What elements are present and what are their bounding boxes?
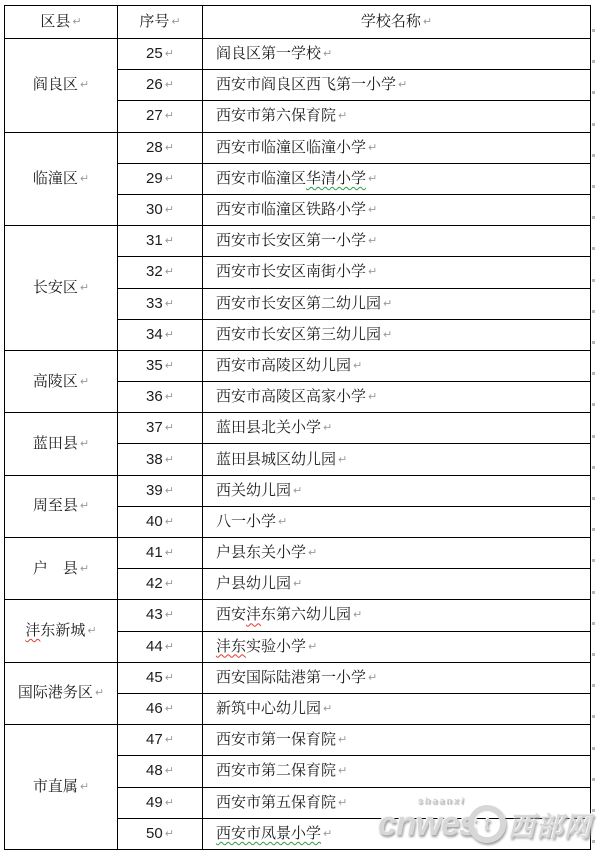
paragraph-mark-icon: ↵ <box>368 672 377 684</box>
school-name-cell: 西安市第六保育院↵ <box>203 101 591 132</box>
paragraph-mark-icon: ↵ <box>72 16 81 28</box>
text-run: 41 <box>146 544 163 561</box>
text-run: 29 <box>146 170 163 187</box>
text-run: 46 <box>146 700 163 717</box>
district-cell: 周至县↵ <box>5 475 118 537</box>
text-run: 新筑中心幼儿园 <box>216 700 321 717</box>
text-run: 38 <box>146 451 163 468</box>
paragraph-mark-icon: ↵ <box>165 235 174 247</box>
paragraph-mark-icon: ↵ <box>368 235 377 247</box>
text-run: 户县幼儿园 <box>216 575 291 592</box>
text-run: 44 <box>146 638 163 655</box>
text-run: 东新城 <box>40 622 85 639</box>
school-name-cell: 西关幼儿园↵ <box>203 475 591 506</box>
text-run: 30 <box>146 201 163 218</box>
paragraph-mark-icon: ↵ <box>165 672 174 684</box>
text-run: 48 <box>146 762 163 779</box>
paragraph-mark-icon: ↵ <box>353 360 362 372</box>
text-run: 周至县 <box>33 497 78 514</box>
row-end-mark <box>592 528 595 531</box>
text-run: 西安市阎良区西飞第一小学 <box>216 76 396 93</box>
serial-number-cell: 49↵ <box>118 787 203 818</box>
school-name-cell: 西安市阎良区西飞第一小学↵ <box>203 70 591 101</box>
text-run: 43 <box>146 606 163 623</box>
serial-number-cell: 33↵ <box>118 288 203 319</box>
paragraph-mark-icon: ↵ <box>323 703 332 715</box>
row-end-mark <box>592 559 595 562</box>
row-end-mark <box>592 403 595 406</box>
district-cell: 蓝田县↵ <box>5 413 118 475</box>
row-end-mark <box>592 279 595 282</box>
row-end-mark <box>592 778 595 781</box>
text-run: 西安市长安区第二幼儿园 <box>216 295 381 312</box>
paragraph-mark-icon: ↵ <box>80 500 89 512</box>
district-cell: 沣东新城↵ <box>5 600 118 662</box>
paragraph-mark-icon: ↵ <box>165 142 174 154</box>
paragraph-mark-icon: ↵ <box>278 516 287 528</box>
serial-number-cell: 37↵ <box>118 413 203 444</box>
table-row: 阎良区↵25↵阎良区第一学校↵ <box>5 39 591 70</box>
row-end-mark <box>592 60 595 63</box>
district-cell: 长安区↵ <box>5 226 118 351</box>
serial-number-cell: 43↵ <box>118 600 203 631</box>
row-end-mark <box>592 435 595 438</box>
text-run: 国际港务区 <box>18 684 93 701</box>
row-end-mark <box>592 747 595 750</box>
paragraph-mark-icon: ↵ <box>165 48 174 60</box>
row-end-mark <box>592 622 595 625</box>
paragraph-mark-icon: ↵ <box>165 547 174 559</box>
header-serial-label: 序号 <box>139 13 169 30</box>
row-end-mark <box>592 715 595 718</box>
paragraph-mark-icon: ↵ <box>165 797 174 809</box>
table-row: 高陵区↵35↵西安市高陵区幼儿园↵ <box>5 350 591 381</box>
serial-number-cell: 38↵ <box>118 444 203 475</box>
text-run: 32 <box>146 263 163 280</box>
watermark-shaanxi-label: shaanxi <box>418 796 466 806</box>
text-run: 蓝田县北关小学 <box>216 419 321 436</box>
serial-number-cell: 41↵ <box>118 538 203 569</box>
district-cell: 市直属↵ <box>5 725 118 850</box>
text-run: 50 <box>146 825 163 842</box>
paragraph-mark-icon: ↵ <box>95 687 104 699</box>
text-run: 34 <box>146 326 163 343</box>
cnwest-logo: shaanxi cnwes t 西部网 <box>378 805 592 844</box>
text-run: 西安市临潼区铁路小学 <box>216 201 366 218</box>
paragraph-mark-icon: ↵ <box>165 329 174 341</box>
text-run: 西安国际陆港第一小学 <box>216 669 366 686</box>
row-end-mark <box>592 29 595 32</box>
paragraph-mark-icon: ↵ <box>165 734 174 746</box>
text-run: 蓝田县 <box>33 435 78 452</box>
row-end-mark <box>592 684 595 687</box>
paragraph-mark-icon: ↵ <box>80 79 89 91</box>
text-run: 西安市高陵区幼儿园 <box>216 357 351 374</box>
district-cell: 高陵区↵ <box>5 350 118 412</box>
school-name-cell: 西安市长安区第一小学↵ <box>203 226 591 257</box>
paragraph-mark-icon: ↵ <box>338 797 347 809</box>
row-end-mark <box>592 809 595 812</box>
text-run: 西安市临潼区临潼小学 <box>216 139 366 156</box>
serial-number-cell: 32↵ <box>118 257 203 288</box>
text-run: 户县东关小学 <box>216 544 306 561</box>
row-end-mark <box>592 497 595 500</box>
serial-number-cell: 29↵ <box>118 163 203 194</box>
text-run: 蓝田县城区幼儿园 <box>216 451 336 468</box>
school-name-cell: 西安市第二保育院↵ <box>203 756 591 787</box>
serial-number-cell: 40↵ <box>118 506 203 537</box>
paragraph-mark-icon: ↵ <box>368 204 377 216</box>
text-run: 25 <box>146 45 163 62</box>
text-run: 市直属 <box>33 778 78 795</box>
serial-number-cell: 48↵ <box>118 756 203 787</box>
table-row: 沣东新城↵43↵西安沣东第六幼儿园↵ <box>5 600 591 631</box>
text-run: 西安市长安区南街小学 <box>216 263 366 280</box>
row-end-mark <box>592 653 595 656</box>
school-name-cell: 阎良区第一学校↵ <box>203 39 591 70</box>
text-run: 西安市第一保育院 <box>216 731 336 748</box>
text-run-misspelled: 西安市凤景小学 <box>216 825 321 842</box>
table-row: 周至县↵39↵西关幼儿园↵ <box>5 475 591 506</box>
text-run: 西安市临潼区 <box>216 170 306 187</box>
serial-number-cell: 30↵ <box>118 194 203 225</box>
text-run: 37 <box>146 419 163 436</box>
paragraph-mark-icon: ↵ <box>338 734 347 746</box>
school-name-cell: 西安市第一保育院↵ <box>203 725 591 756</box>
school-name-cell: 沣东实验小学↵ <box>203 631 591 662</box>
school-table-body: 阎良区↵25↵阎良区第一学校↵26↵西安市阎良区西飞第一小学↵27↵西安市第六保… <box>5 39 591 850</box>
paragraph-mark-icon: ↵ <box>383 298 392 310</box>
text-run: 35 <box>146 357 163 374</box>
header-serial: 序号↵ <box>118 6 203 39</box>
serial-number-cell: 35↵ <box>118 350 203 381</box>
paragraph-mark-icon: ↵ <box>165 828 174 840</box>
paragraph-mark-icon: ↵ <box>338 110 347 122</box>
header-school: 学校名称↵ <box>203 6 591 39</box>
paragraph-mark-icon: ↵ <box>165 454 174 466</box>
text-run: 27 <box>146 107 163 124</box>
school-name-cell: 西安市临潼区华清小学↵ <box>203 163 591 194</box>
header-district-label: 区县 <box>40 13 70 30</box>
row-end-mark <box>592 341 595 344</box>
paragraph-mark-icon: ↵ <box>368 142 377 154</box>
paragraph-mark-icon: ↵ <box>338 454 347 466</box>
serial-number-cell: 36↵ <box>118 382 203 413</box>
text-run: 40 <box>146 513 163 530</box>
paragraph-mark-icon: ↵ <box>80 438 89 450</box>
serial-number-cell: 26↵ <box>118 70 203 101</box>
row-end-mark <box>592 185 595 188</box>
paragraph-mark-icon: ↵ <box>353 609 362 621</box>
text-run: 西安市第六保育院 <box>216 107 336 124</box>
paragraph-mark-icon: ↵ <box>165 110 174 122</box>
serial-number-cell: 50↵ <box>118 818 203 849</box>
text-run: 33 <box>146 295 163 312</box>
school-name-cell: 西安沣东第六幼儿园↵ <box>203 600 591 631</box>
paragraph-mark-icon: ↵ <box>323 48 332 60</box>
watermark-cn-label: 西部网 <box>508 805 592 844</box>
table-row: 蓝田县↵37↵蓝田县北关小学↵ <box>5 413 591 444</box>
school-name-cell: 西安市高陵区高家小学↵ <box>203 382 591 413</box>
text-run: 31 <box>146 232 163 249</box>
serial-number-cell: 47↵ <box>118 725 203 756</box>
paragraph-mark-icon: ↵ <box>308 547 317 559</box>
school-name-cell: 户县东关小学↵ <box>203 538 591 569</box>
serial-number-cell: 46↵ <box>118 693 203 724</box>
row-end-mark <box>592 154 595 157</box>
school-name-cell: 西安市高陵区幼儿园↵ <box>203 350 591 381</box>
row-end-mark <box>592 372 595 375</box>
text-run: 西安市长安区第一小学 <box>216 232 366 249</box>
paragraph-mark-icon: ↵ <box>165 298 174 310</box>
school-name-cell: 西安市长安区第三幼儿园↵ <box>203 319 591 350</box>
row-end-mark <box>592 466 595 469</box>
serial-number-cell: 44↵ <box>118 631 203 662</box>
paragraph-mark-icon: ↵ <box>165 422 174 434</box>
serial-number-cell: 45↵ <box>118 662 203 693</box>
row-end-mark <box>592 91 595 94</box>
text-run-misspelled: 沣 <box>246 606 261 623</box>
watermark-ring-letter: t <box>484 814 490 835</box>
district-cell: 国际港务区↵ <box>5 662 118 724</box>
text-run: 47 <box>146 731 163 748</box>
paragraph-mark-icon: ↵ <box>323 422 332 434</box>
school-name-cell: 西安市长安区南街小学↵ <box>203 257 591 288</box>
text-run: 28 <box>146 139 163 156</box>
paragraph-mark-icon: ↵ <box>398 79 407 91</box>
paragraph-mark-icon: ↵ <box>165 391 174 403</box>
text-run: 阎良区第一学校 <box>216 45 321 62</box>
table-row: 国际港务区↵45↵西安国际陆港第一小学↵ <box>5 662 591 693</box>
header-district: 区县↵ <box>5 6 118 39</box>
serial-number-cell: 39↵ <box>118 475 203 506</box>
school-list-table: 区县↵ 序号↵ 学校名称↵ 阎良区↵25↵阎良区第一学校↵26↵西安市阎良区西飞… <box>4 5 591 850</box>
paragraph-mark-icon: ↵ <box>165 266 174 278</box>
text-run: 西关幼儿园 <box>216 482 291 499</box>
paragraph-mark-icon: ↵ <box>165 765 174 777</box>
paragraph-mark-icon: ↵ <box>383 329 392 341</box>
row-end-mark <box>592 840 595 843</box>
table-row: 长安区↵31↵西安市长安区第一小学↵ <box>5 226 591 257</box>
school-name-cell: 西安市临潼区临潼小学↵ <box>203 132 591 163</box>
row-end-mark <box>592 591 595 594</box>
header-row: 区县↵ 序号↵ 学校名称↵ <box>5 6 591 39</box>
text-run: 阎良区 <box>33 76 78 93</box>
serial-number-cell: 42↵ <box>118 569 203 600</box>
school-name-cell: 八一小学↵ <box>203 506 591 537</box>
table-row: 市直属↵47↵西安市第一保育院↵ <box>5 725 591 756</box>
header-school-label: 学校名称 <box>361 13 421 30</box>
paragraph-mark-icon: ↵ <box>80 173 89 185</box>
paragraph-mark-icon: ↵ <box>165 173 174 185</box>
paragraph-mark-icon: ↵ <box>165 360 174 372</box>
paragraph-mark-icon: ↵ <box>165 204 174 216</box>
paragraph-mark-icon: ↵ <box>165 641 174 653</box>
paragraph-mark-icon: ↵ <box>338 765 347 777</box>
paragraph-mark-icon: ↵ <box>165 485 174 497</box>
paragraph-mark-icon: ↵ <box>368 173 377 185</box>
text-run-misspelled: 沣 <box>25 622 40 639</box>
text-run: 西安市第五保育院 <box>216 794 336 811</box>
text-run: 实验小学 <box>246 638 306 655</box>
paragraph-mark-icon: ↵ <box>293 578 302 590</box>
school-name-cell: 西安国际陆港第一小学↵ <box>203 662 591 693</box>
text-run: 西安市高陵区高家小学 <box>216 388 366 405</box>
serial-number-cell: 28↵ <box>118 132 203 163</box>
school-name-cell: 蓝田县北关小学↵ <box>203 413 591 444</box>
district-cell: 阎良区↵ <box>5 39 118 133</box>
text-run: 42 <box>146 575 163 592</box>
text-run: 长安区 <box>33 279 78 296</box>
paragraph-mark-icon: ↵ <box>423 16 432 28</box>
paragraph-mark-icon: ↵ <box>165 516 174 528</box>
text-run: 高陵区 <box>33 373 78 390</box>
text-run: 49 <box>146 794 163 811</box>
watermark-ring-icon: t <box>468 805 506 843</box>
serial-number-cell: 31↵ <box>118 226 203 257</box>
paragraph-mark-icon: ↵ <box>323 828 332 840</box>
text-run: 西安 <box>216 606 246 623</box>
school-name-cell: 蓝田县城区幼儿园↵ <box>203 444 591 475</box>
row-end-mark <box>592 216 595 219</box>
school-name-cell: 户县幼儿园↵ <box>203 569 591 600</box>
text-run-misspelled: 沣东 <box>216 638 246 655</box>
text-run: 26 <box>146 76 163 93</box>
text-run: 西安市第二保育院 <box>216 762 336 779</box>
serial-number-cell: 27↵ <box>118 101 203 132</box>
paragraph-mark-icon: ↵ <box>171 16 180 28</box>
paragraph-mark-icon: ↵ <box>368 266 377 278</box>
paragraph-mark-icon: ↵ <box>80 376 89 388</box>
paragraph-mark-icon: ↵ <box>308 641 317 653</box>
row-end-mark <box>592 310 595 313</box>
paragraph-mark-icon: ↵ <box>165 703 174 715</box>
paragraph-mark-icon: ↵ <box>368 391 377 403</box>
paragraph-mark-icon: ↵ <box>165 609 174 621</box>
paragraph-mark-icon: ↵ <box>293 485 302 497</box>
district-cell: 临潼区↵ <box>5 132 118 226</box>
table-row: 临潼区↵28↵西安市临潼区临潼小学↵ <box>5 132 591 163</box>
text-run: 临潼区 <box>33 170 78 187</box>
text-run: 36 <box>146 388 163 405</box>
watermark-brand-label: cnwes <box>378 805 477 844</box>
row-end-mark <box>592 247 595 250</box>
row-end-mark <box>592 123 595 126</box>
text-run: 八一小学 <box>216 513 276 530</box>
district-cell: 户 县↵ <box>5 538 118 600</box>
text-run: 户 县 <box>33 560 78 577</box>
text-run: 东第六幼儿园 <box>261 606 351 623</box>
text-run: 西安市长安区第三幼儿园 <box>216 326 381 343</box>
paragraph-mark-icon: ↵ <box>80 282 89 294</box>
text-run: 45 <box>146 669 163 686</box>
paragraph-mark-icon: ↵ <box>165 79 174 91</box>
text-run-misspelled: 华清小学 <box>306 170 366 187</box>
text-run: 39 <box>146 482 163 499</box>
table-row: 户 县↵41↵户县东关小学↵ <box>5 538 591 569</box>
paragraph-mark-icon: ↵ <box>165 578 174 590</box>
cnwest-watermark: shaanxi cnwes t 西部网 <box>378 798 592 850</box>
paragraph-mark-icon: ↵ <box>80 781 89 793</box>
school-name-cell: 西安市长安区第二幼儿园↵ <box>203 288 591 319</box>
paragraph-mark-icon: ↵ <box>80 563 89 575</box>
serial-number-cell: 34↵ <box>118 319 203 350</box>
school-name-cell: 西安市临潼区铁路小学↵ <box>203 194 591 225</box>
paragraph-mark-icon: ↵ <box>87 625 96 637</box>
school-name-cell: 新筑中心幼儿园↵ <box>203 693 591 724</box>
serial-number-cell: 25↵ <box>118 39 203 70</box>
